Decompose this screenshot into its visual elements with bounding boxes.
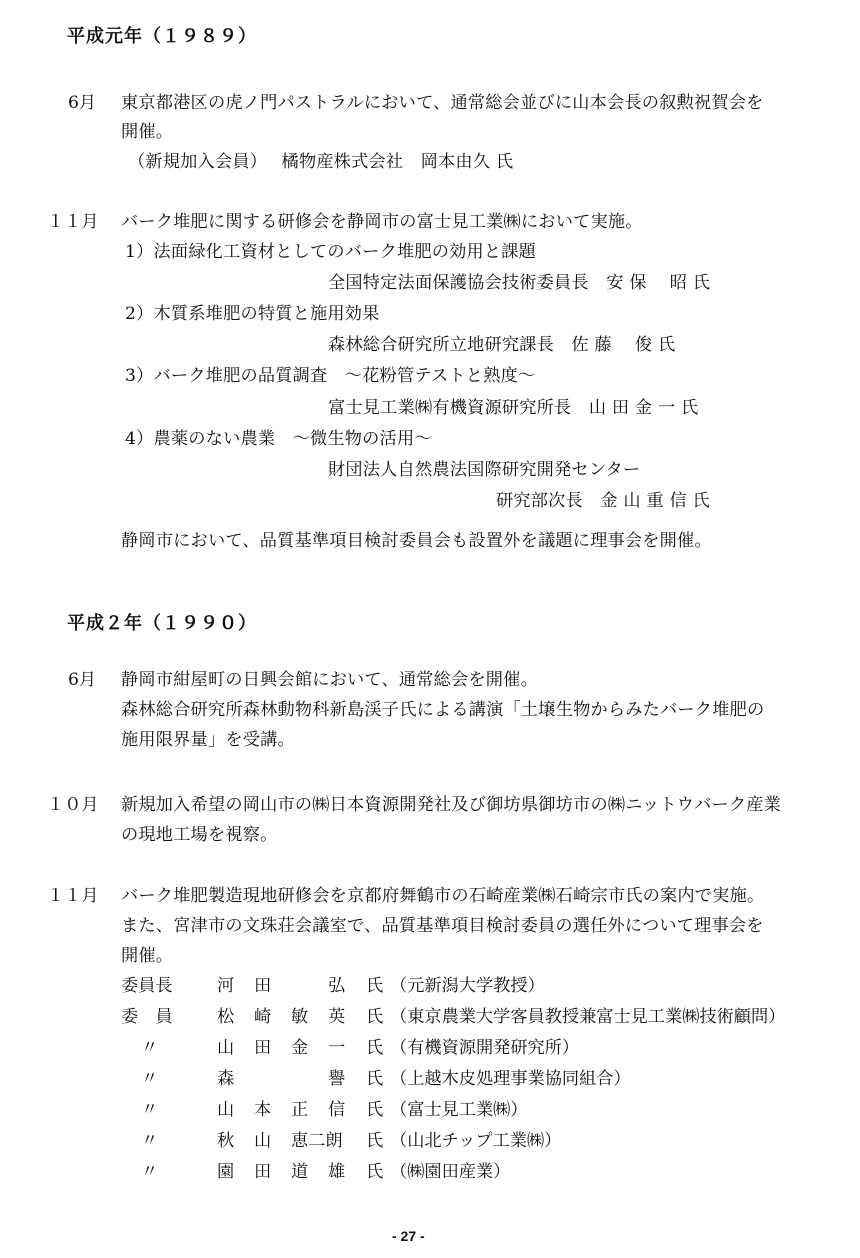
name-char: 弘 [328, 971, 345, 996]
name-char: 譽 [328, 1064, 345, 1089]
lecture-title: 4）農薬のない農業 ～微生物の活用～ [125, 424, 432, 449]
affiliation: （上越木皮処理事業協同組合） [390, 1064, 631, 1089]
honorific: 氏 [366, 1157, 383, 1182]
section-heading-1989: 平成元年（１９８９） [67, 22, 257, 48]
new-member-line: （新規加入会員） 橘物産株式会社 岡本由久 氏 [128, 147, 513, 172]
name-char: 河 [217, 971, 234, 996]
honorific: 氏 [366, 1002, 383, 1027]
entry-text-line: 東京都港区の虎ノ門パストラルにおいて、通常総会並びに山本会長の叙勲祝賀会を [121, 88, 763, 113]
name-char: 山 [254, 1126, 271, 1151]
lecture-title: 1）法面緑化工資材としてのバーク堆肥の効用と課題 [125, 237, 536, 262]
name-char: 森 [217, 1064, 234, 1089]
affiliation: （有機資源開発研究所） [390, 1033, 579, 1058]
lecturer-org: 財団法人自然農法国際研究開発センター [328, 455, 640, 480]
affiliation: （元新潟大学教授） [390, 971, 545, 996]
ditto-mark: 〃 [141, 1033, 158, 1058]
entry-text-line: バーク堆肥製造現地研修会を京都府舞鶴市の石崎産業㈱石崎宗市氏の案内で実施。 [121, 881, 764, 906]
entry-text-line: バーク堆肥に関する研修会を静岡市の富士見工業㈱において実施。 [121, 207, 643, 232]
entry-text-line: 開催。 [121, 941, 173, 966]
entry-text-line: 施用限界量」を受講。 [121, 725, 295, 750]
page-number: - 27 - [392, 1228, 425, 1244]
name-char: 敏 [291, 1002, 308, 1027]
name-char: 英 [328, 1002, 345, 1027]
entry-text-line: 静岡市紺屋町の日興会館において、通常総会を開催。 [121, 665, 538, 690]
honorific: 氏 [366, 1126, 383, 1151]
honorific: 氏 [366, 1033, 383, 1058]
lecture-title: 3）バーク堆肥の品質調査 ～花粉管テストと熟度～ [125, 361, 535, 386]
committee-role: 委員長 [121, 971, 173, 996]
name-char: 田 [254, 1157, 271, 1182]
section-heading-1990: 平成２年（１９９０） [67, 609, 257, 635]
entry-text-line: 新規加入希望の岡山市の㈱日本資源開発社及び御坊県御坊市の㈱ニットウバーク産業 [121, 790, 781, 815]
entry-month: 6月 [68, 665, 96, 690]
name-char: 山 [217, 1095, 234, 1120]
name-char: 園 [217, 1157, 234, 1182]
entry-text-line: の現地工場を視察。 [121, 820, 278, 845]
name-char: 松 [217, 1002, 234, 1027]
lecturer: 全国特定法面保護協会技術委員長 安 保 昭 氏 [328, 268, 710, 293]
lecturer: 研究部次長 金 山 重 信 氏 [496, 486, 710, 511]
ditto-mark: 〃 [141, 1064, 158, 1089]
name-char: 信 [328, 1095, 345, 1120]
name-char: 一 [328, 1033, 345, 1058]
affiliation: （富士見工業㈱） [390, 1095, 528, 1120]
name-char: 田 [254, 971, 271, 996]
name-char: 恵二朗 [291, 1126, 343, 1151]
entry-month: １１月 [47, 881, 99, 906]
entry-month: １１月 [47, 207, 99, 232]
lecture-title: 2）木質系堆肥の特質と施用効果 [125, 299, 380, 324]
lecturer: 森林総合研究所立地研究課長 佐 藤 俊 氏 [328, 330, 675, 355]
name-char: 本 [254, 1095, 271, 1120]
name-char: 田 [254, 1033, 271, 1058]
entry-text-line: 開催。 [121, 117, 173, 142]
entry-month: 6月 [68, 88, 96, 113]
ditto-mark: 〃 [141, 1126, 158, 1151]
entry-text-line: また、宮津市の文珠荘会議室で、品質基準項目検討委員の選任外について理事会を [121, 911, 764, 936]
entry-text-line: 静岡市において、品質基準項目検討委員会も設置外を議題に理事会を開催。 [121, 526, 712, 551]
name-char: 雄 [328, 1157, 345, 1182]
honorific: 氏 [366, 971, 383, 996]
ditto-mark: 〃 [141, 1095, 158, 1120]
name-char: 道 [291, 1157, 308, 1182]
affiliation: （㈱園田産業） [390, 1157, 510, 1182]
ditto-mark: 〃 [141, 1157, 158, 1182]
entry-text-line: 森林総合研究所森林動物科新島渓子氏による講演「土壌生物からみたバーク堆肥の [121, 695, 764, 720]
lecturer: 富士見工業㈱有機資源研究所長 山 田 金 一 氏 [328, 393, 698, 418]
name-char: 正 [291, 1095, 308, 1120]
name-char: 崎 [254, 1002, 271, 1027]
name-char: 金 [291, 1033, 308, 1058]
entry-month: １０月 [47, 790, 99, 815]
honorific: 氏 [366, 1064, 383, 1089]
committee-role: 委 員 [121, 1002, 173, 1027]
name-char: 秋 [217, 1126, 234, 1151]
affiliation: （東京農業大学客員教授兼富士見工業㈱技術顧問） [390, 1002, 785, 1027]
affiliation: （山北チップ工業㈱） [390, 1126, 561, 1151]
name-char: 山 [217, 1033, 234, 1058]
honorific: 氏 [366, 1095, 383, 1120]
